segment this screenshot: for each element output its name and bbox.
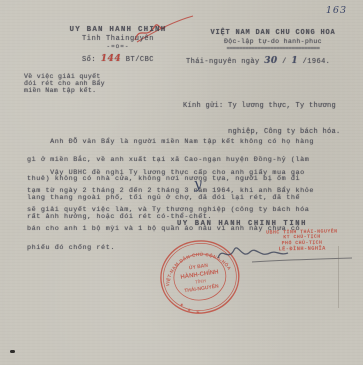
subject-line: miền Nam tập kết.	[24, 87, 136, 94]
ink-speck	[10, 350, 15, 353]
recipient-line: Kính gửi: Ty lương thực, Ty thương	[183, 102, 359, 111]
motto-divider: ==============================	[188, 45, 358, 52]
signature-office-title: UY BAN HANH CHINH TINH	[177, 220, 307, 228]
issuing-office: UY BAN HANH CHINH	[52, 26, 184, 34]
svg-text:★ ★ ★: ★ ★ ★	[178, 299, 203, 318]
date-place: Thái-nguyên ngày	[186, 58, 260, 66]
seal-ring-stars: ★ ★ ★	[178, 299, 203, 318]
body-line: sẽ giải quyết việc làm, và Ty thương ngh…	[27, 207, 359, 213]
letterhead-left: UY BAN HANH CHINH Tỉnh Thainguyên -=o=- …	[52, 26, 184, 64]
letterhead-divider: -=o=-	[52, 43, 184, 50]
handwritten-day: 30	[264, 56, 277, 66]
date-year: /1964.	[303, 58, 331, 66]
number-label: Số:	[82, 56, 96, 64]
archive-number: 163	[326, 5, 347, 16]
date-separator: /	[282, 58, 287, 66]
scanned-letter-page: 163 UY BAN HANH CHINH Tỉnh Thainguyên -=…	[0, 0, 363, 365]
document-number-line: Số: 144 BT/CBC	[52, 54, 184, 64]
body-line: Vậy UBHC đề nghị Ty lương thực cấp cho a…	[27, 170, 359, 176]
subject-note: Về việc giải quyết đói rét cho anh Bẩy m…	[24, 73, 136, 95]
issuing-province: Tỉnh Thainguyên	[52, 35, 184, 43]
handwritten-month: 1	[291, 56, 298, 66]
seal-center-line1: ỦY BAN	[188, 262, 208, 272]
national-motto-line1: VIỆT NAM DAN CHU CONG HOA	[188, 29, 358, 37]
date-line: Thái-nguyên ngày 30 / 1 /1964.	[186, 56, 358, 66]
handwritten-number: 144	[101, 54, 121, 64]
body-line: Anh ĐỖ văn Bẩy là người miền Nam tập kết…	[27, 139, 359, 145]
number-suffix: BT/CBC	[126, 56, 154, 64]
national-motto-line2: Độc-lập tự-do hanh-phuc	[188, 38, 358, 45]
body-line: tạm từ ngày 2 tháng 2 đến 2 tháng 3 năm …	[27, 188, 359, 194]
letterhead-right: VIỆT NAM DAN CHU CONG HOA Độc-lập tự-do …	[188, 29, 358, 52]
paper-crease	[338, 246, 339, 308]
